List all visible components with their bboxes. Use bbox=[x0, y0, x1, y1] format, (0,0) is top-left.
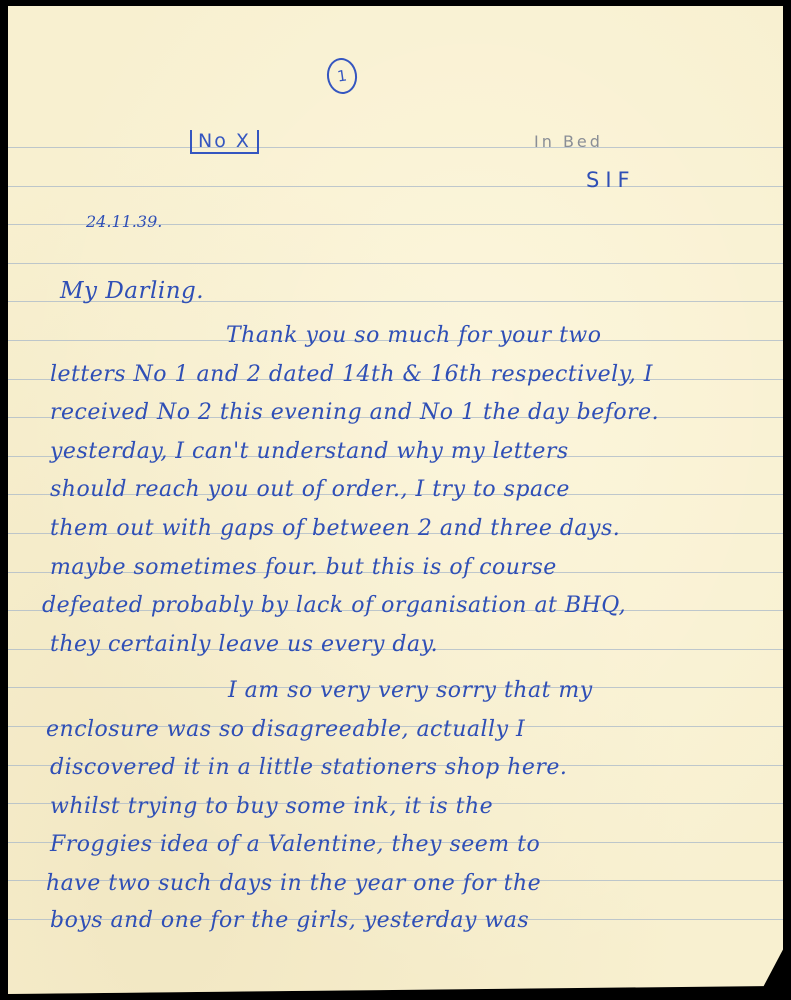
body-line: I am so very very sorry that my bbox=[228, 680, 593, 702]
ruled-line bbox=[8, 263, 783, 264]
body-line: letters No 1 and 2 dated 14th & 16th res… bbox=[50, 364, 653, 386]
letter-date: 24.11.39. bbox=[86, 212, 162, 231]
body-line: should reach you out of order., I try to… bbox=[50, 479, 570, 501]
body-line: have two such days in the year one for t… bbox=[46, 873, 541, 895]
body-line: they certainly leave us every day. bbox=[50, 634, 438, 656]
body-line: defeated probably by lack of organisatio… bbox=[42, 595, 626, 617]
letter-number: No X bbox=[190, 130, 259, 154]
body-line: maybe sometimes four. but this is of cou… bbox=[50, 557, 557, 579]
body-line: Froggies idea of a Valentine, they seem … bbox=[50, 834, 540, 856]
body-line: Thank you so much for your two bbox=[226, 325, 602, 347]
salutation: My Darling. bbox=[60, 280, 204, 303]
body-line: received No 2 this evening and No 1 the … bbox=[50, 402, 659, 424]
ruled-line bbox=[8, 186, 783, 187]
location-note: In Bed bbox=[534, 132, 603, 151]
body-line: discovered it in a little stationers sho… bbox=[50, 757, 567, 779]
body-line: them out with gaps of between 2 and thre… bbox=[50, 518, 620, 540]
body-line: boys and one for the girls, yesterday wa… bbox=[50, 910, 529, 932]
body-line: yesterday, I can't understand why my let… bbox=[50, 441, 569, 463]
location-code: SIF bbox=[586, 168, 636, 192]
body-line: whilst trying to buy some ink, it is the bbox=[50, 796, 493, 818]
ruled-line bbox=[8, 147, 783, 148]
body-line: enclosure was so disagreeable, actually … bbox=[46, 719, 525, 741]
